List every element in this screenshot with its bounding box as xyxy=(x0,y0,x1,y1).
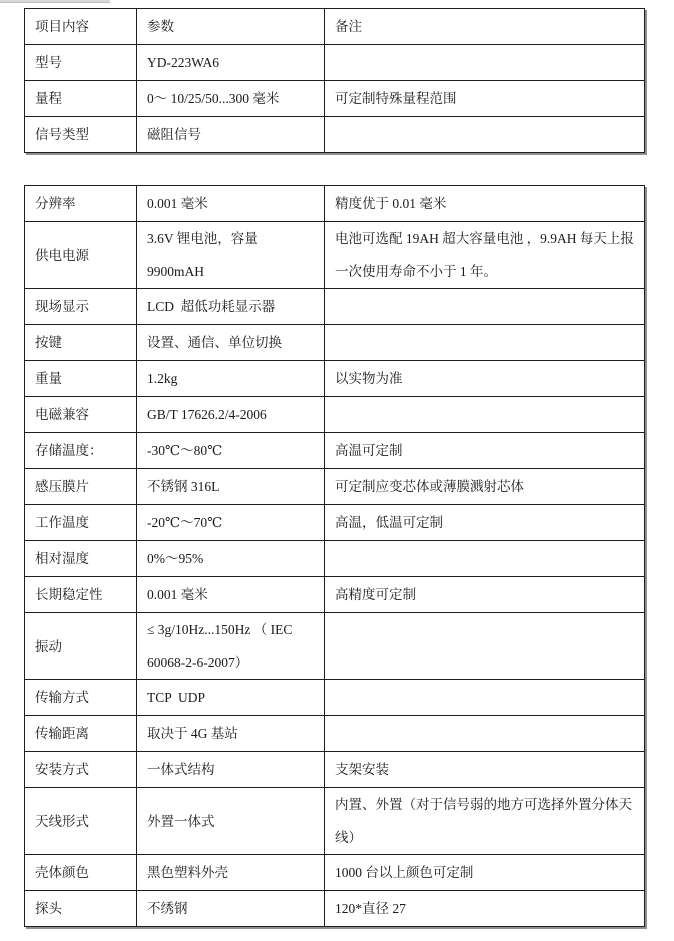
param-cell: 0.001 毫米 xyxy=(137,186,325,222)
item-cell: 相对湿度 xyxy=(25,541,137,577)
param-cell: 1.2kg xyxy=(137,361,325,397)
remark-cell: 120*直径 27 xyxy=(325,891,645,927)
param-cell: -30℃～80℃ xyxy=(137,433,325,469)
item-cell: 信号类型 xyxy=(25,117,137,153)
param-cell: 黑色塑料外壳 xyxy=(137,855,325,891)
item-cell: 型号 xyxy=(25,45,137,81)
param-cell: 磁阻信号 xyxy=(137,117,325,153)
spec-table-top: 项目内容参数备注型号YD-223WA6量程0～ 10/25/50...300 毫… xyxy=(24,8,645,153)
table-row: 量程0～ 10/25/50...300 毫米可定制特殊量程范围 xyxy=(25,81,645,117)
remark-cell xyxy=(325,289,645,325)
table-row: 相对湿度0%～95% xyxy=(25,541,645,577)
item-cell: 按键 xyxy=(25,325,137,361)
remark-cell xyxy=(325,716,645,752)
item-cell: 重量 xyxy=(25,361,137,397)
item-cell: 电磁兼容 xyxy=(25,397,137,433)
remark-cell xyxy=(325,680,645,716)
item-cell: 感压膜片 xyxy=(25,469,137,505)
item-cell: 现场显示 xyxy=(25,289,137,325)
table-row: 按键设置、通信、单位切换 xyxy=(25,325,645,361)
remark-cell xyxy=(325,613,645,680)
remark-cell xyxy=(325,45,645,81)
param-cell: GB/T 17626.2/4-2006 xyxy=(137,397,325,433)
remark-cell: 高温可定制 xyxy=(325,433,645,469)
remark-cell: 可定制特殊量程范围 xyxy=(325,81,645,117)
table-row: 电磁兼容GB/T 17626.2/4-2006 xyxy=(25,397,645,433)
remark-cell: 高温，低温可定制 xyxy=(325,505,645,541)
table-row: 重量1.2kg以实物为准 xyxy=(25,361,645,397)
param-cell: 不锈钢 316L xyxy=(137,469,325,505)
remark-cell xyxy=(325,397,645,433)
param-cell: 0.001 毫米 xyxy=(137,577,325,613)
item-cell: 壳体颜色 xyxy=(25,855,137,891)
table-row: 天线形式外置一体式内置、外置（对于信号弱的地方可选择外置分体天线） xyxy=(25,788,645,855)
param-cell: ≤ 3g/10Hz...150Hz （ IEC 60068-2-6-2007） xyxy=(137,613,325,680)
param-cell: 3.6V 锂电池，容量 9900mAH xyxy=(137,222,325,289)
item-cell: 工作温度 xyxy=(25,505,137,541)
table-row: 安装方式一体式结构支架安装 xyxy=(25,752,645,788)
item-cell: 供电电源 xyxy=(25,222,137,289)
item-cell: 传输方式 xyxy=(25,680,137,716)
table-row: 型号YD-223WA6 xyxy=(25,45,645,81)
top-edge-artifact xyxy=(0,0,110,3)
item-cell: 传输距离 xyxy=(25,716,137,752)
param-cell: YD-223WA6 xyxy=(137,45,325,81)
param-cell: LCD 超低功耗显示器 xyxy=(137,289,325,325)
param-cell: -20℃～70℃ xyxy=(137,505,325,541)
spec-table-main: 分辨率0.001 毫米精度优于 0.01 毫米供电电源3.6V 锂电池，容量 9… xyxy=(24,185,645,927)
remark-cell: 电池可选配 19AH 超大容量电池 ，9.9AH 每天上报一次使用寿命不小于 1… xyxy=(325,222,645,289)
param-cell: 参数 xyxy=(137,9,325,45)
table-row: 存储温度：-30℃～80℃高温可定制 xyxy=(25,433,645,469)
item-cell: 安装方式 xyxy=(25,752,137,788)
remark-cell: 内置、外置（对于信号弱的地方可选择外置分体天线） xyxy=(325,788,645,855)
remark-cell: 精度优于 0.01 毫米 xyxy=(325,186,645,222)
table-row: 项目内容参数备注 xyxy=(25,9,645,45)
param-cell: 取决于 4G 基站 xyxy=(137,716,325,752)
remark-cell xyxy=(325,325,645,361)
param-cell: 设置、通信、单位切换 xyxy=(137,325,325,361)
remark-cell: 1000 台以上颜色可定制 xyxy=(325,855,645,891)
param-cell: TCP UDP xyxy=(137,680,325,716)
param-cell: 0%～95% xyxy=(137,541,325,577)
table-row: 探头不绣钢120*直径 27 xyxy=(25,891,645,927)
remark-cell: 可定制应变芯体或薄膜溅射芯体 xyxy=(325,469,645,505)
remark-cell xyxy=(325,541,645,577)
item-cell: 探头 xyxy=(25,891,137,927)
item-cell: 分辨率 xyxy=(25,186,137,222)
table-row: 长期稳定性0.001 毫米高精度可定制 xyxy=(25,577,645,613)
item-cell: 存储温度： xyxy=(25,433,137,469)
param-cell: 0～ 10/25/50...300 毫米 xyxy=(137,81,325,117)
table-row: 信号类型磁阻信号 xyxy=(25,117,645,153)
param-cell: 不绣钢 xyxy=(137,891,325,927)
table-row: 分辨率0.001 毫米精度优于 0.01 毫米 xyxy=(25,186,645,222)
table-row: 传输距离取决于 4G 基站 xyxy=(25,716,645,752)
item-cell: 量程 xyxy=(25,81,137,117)
remark-cell: 备注 xyxy=(325,9,645,45)
item-cell: 长期稳定性 xyxy=(25,577,137,613)
table-row: 传输方式TCP UDP xyxy=(25,680,645,716)
table-row: 现场显示LCD 超低功耗显示器 xyxy=(25,289,645,325)
remark-cell: 以实物为准 xyxy=(325,361,645,397)
item-cell: 振动 xyxy=(25,613,137,680)
item-cell: 项目内容 xyxy=(25,9,137,45)
remark-cell: 支架安装 xyxy=(325,752,645,788)
item-cell: 天线形式 xyxy=(25,788,137,855)
param-cell: 外置一体式 xyxy=(137,788,325,855)
table-row: 振动≤ 3g/10Hz...150Hz （ IEC 60068-2-6-2007… xyxy=(25,613,645,680)
param-cell: 一体式结构 xyxy=(137,752,325,788)
document-page: { "document": { "background": "#ffffff",… xyxy=(0,0,674,941)
table-row: 感压膜片不锈钢 316L可定制应变芯体或薄膜溅射芯体 xyxy=(25,469,645,505)
remark-cell xyxy=(325,117,645,153)
remark-cell: 高精度可定制 xyxy=(325,577,645,613)
table-row: 供电电源3.6V 锂电池，容量 9900mAH电池可选配 19AH 超大容量电池… xyxy=(25,222,645,289)
table-row: 工作温度-20℃～70℃高温，低温可定制 xyxy=(25,505,645,541)
table-row: 壳体颜色黑色塑料外壳1000 台以上颜色可定制 xyxy=(25,855,645,891)
